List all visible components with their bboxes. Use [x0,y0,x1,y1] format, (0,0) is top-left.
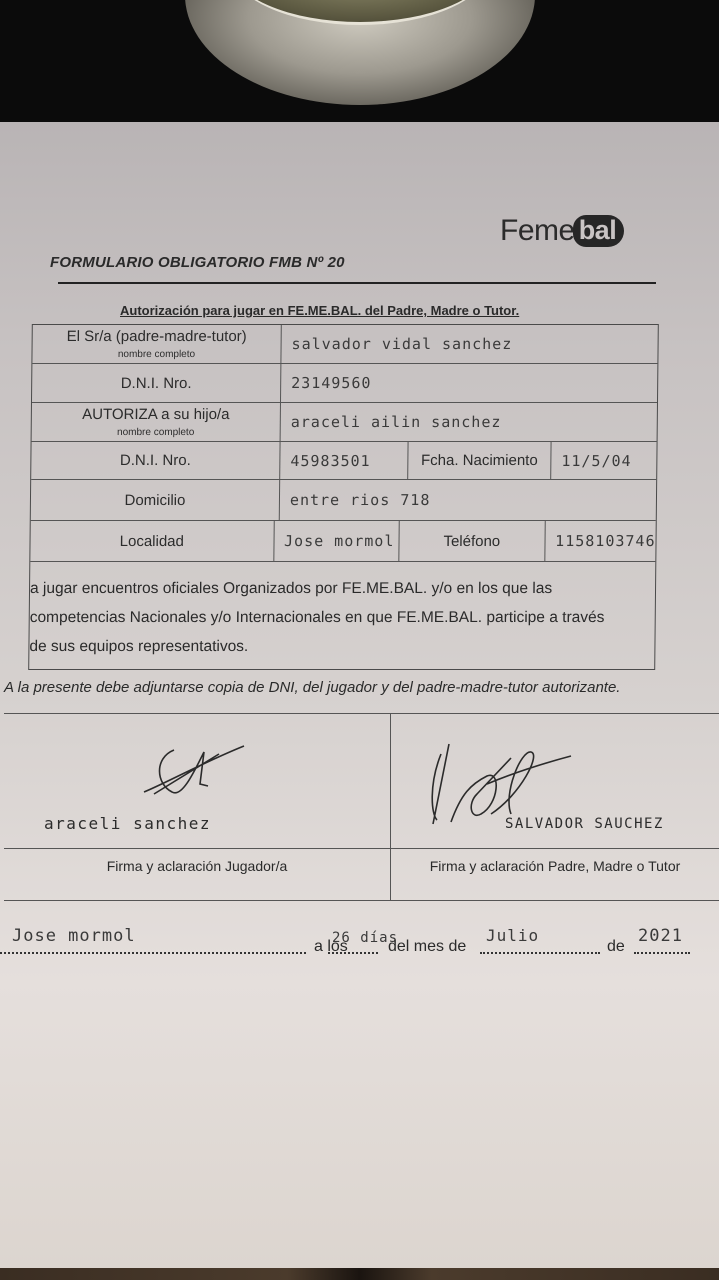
parent-signature-caption: Firma y aclaración Padre, Madre o Tutor [391,858,719,874]
row-city-phone: Localidad Jose mormol Teléfono 115810374… [30,521,655,562]
city-field[interactable]: Jose mormol [274,521,400,561]
phone-field[interactable]: 1158103746 [545,521,656,561]
authorization-paragraph: a jugar encuentros oficiales Organizados… [29,562,655,669]
del-mes-de-text: del mes de [388,938,466,956]
row-child-dni: D.N.I. Nro. 45983501 Fcha. Nacimiento 11… [31,442,656,480]
row-child-name: AUTORIZA a su hijo/a nombre completo ara… [32,403,657,442]
player-signature-caption: Firma y aclaración Jugador/a [4,858,390,874]
parent-dni-field[interactable]: 23149560 [281,364,657,402]
parent-label-cell: El Sr/a (padre-madre-tutor) nombre compl… [32,325,281,363]
year-field[interactable]: 2021 [638,926,683,946]
child-dni-field[interactable]: 45983501 [280,442,408,479]
signature-table: araceli sanchez Firma y aclaración Jugad… [4,713,719,901]
parent-name-field[interactable]: salvador vidal sanchez [281,325,657,363]
city-label: Localidad [30,521,274,561]
birth-date-label: Fcha. Nacimiento [408,442,551,479]
child-label: AUTORIZA a su hijo/a [82,406,229,423]
de-text: de [607,938,625,956]
place-field[interactable]: Jose mormol [12,926,136,946]
place-date-line: Jose mormol a los 26 días del mes de Jul… [0,922,719,962]
child-label-cell: AUTORIZA a su hijo/a nombre completo [32,403,281,441]
address-label: Domicilio [31,480,280,520]
femebal-logo: Femebal [500,214,624,248]
row-parent-dni: D.N.I. Nro. 23149560 [32,364,657,403]
birth-date-field[interactable]: 11/5/04 [551,442,656,479]
logo-text: Feme [500,214,575,248]
paragraph-line-1: a jugar encuentros oficiales Organizados… [30,574,647,603]
child-name-field[interactable]: araceli ailin sanchez [281,403,657,441]
authorization-table: El Sr/a (padre-madre-tutor) nombre compl… [28,324,659,670]
parent-dni-label: D.N.I. Nro. [32,364,281,402]
form-paper: Femebal FORMULARIO OBLIGATORIO FMB Nº 20… [0,122,719,1268]
player-signature-area[interactable]: araceli sanchez [4,714,390,849]
phone-label: Teléfono [399,521,545,561]
paragraph-line-3: de sus equipos representativos. [29,632,646,661]
parent-label: El Sr/a (padre-madre-tutor) [67,328,247,345]
row-address: Domicilio entre rios 718 [31,480,656,521]
child-sublabel: nombre completo [117,427,194,438]
parent-signature-column: SALVADOR SAUCHEZ Firma y aclaración Padr… [391,714,719,900]
parent-sublabel: nombre completo [118,349,195,360]
player-clarification: araceli sanchez [44,814,211,833]
paragraph-line-2: competencias Nacionales y/o Internaciona… [30,603,647,632]
bowl-contents [230,0,490,25]
logo-badge: bal [573,215,625,247]
parent-clarification: SALVADOR SAUCHEZ [505,816,664,832]
parent-signature-area[interactable]: SALVADOR SAUCHEZ [391,714,719,849]
address-field[interactable]: entre rios 718 [280,480,656,520]
bowl-background-object [185,0,535,105]
child-dni-label: D.N.I. Nro. [31,442,280,479]
form-title: FORMULARIO OBLIGATORIO FMB Nº 20 [50,254,345,271]
title-divider [58,282,656,284]
player-signature-column: araceli sanchez Firma y aclaración Jugad… [4,714,391,900]
attachment-note: A la presente debe adjuntarse copia de D… [4,679,620,696]
form-subtitle: Autorización para jugar en FE.ME.BAL. de… [120,303,519,318]
table-surface [0,1268,719,1280]
month-field[interactable]: Julio [486,926,539,945]
row-parent-name: El Sr/a (padre-madre-tutor) nombre compl… [32,325,657,364]
